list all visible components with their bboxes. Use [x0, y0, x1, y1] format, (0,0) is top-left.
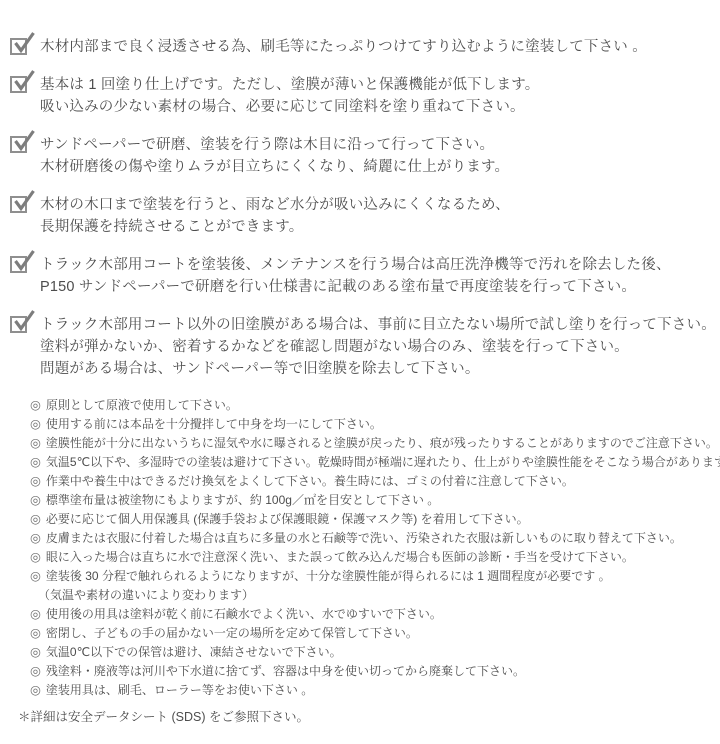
- note-line: ◎使用する前には本品を十分攪拌して中身を均一にして下さい。: [30, 415, 720, 434]
- note-text: 使用する前には本品を十分攪拌して中身を均一にして下さい。: [46, 417, 382, 431]
- double-circle-bullet: ◎: [30, 510, 41, 529]
- notes-section: ◎原則として原液で使用して下さい。◎使用する前には本品を十分攪拌して中身を均一に…: [30, 396, 720, 700]
- checklist-text-line: 木材研磨後の傷や塗りムラが目立ちにくくなり、綺麗に仕上がります。: [40, 156, 509, 178]
- note-line: ◎皮膚または衣服に付着した場合は直ちに多量の水と石鹸等で洗い、汚染された衣服は新…: [30, 529, 720, 548]
- note-text: 皮膚または衣服に付着した場合は直ちに多量の水と石鹸等で洗い、汚染された衣服は新し…: [46, 531, 682, 545]
- note-line: ◎塗装後 30 分程で触れられるようになりますが、十分な塗膜性能が得られるには …: [30, 567, 720, 586]
- double-circle-bullet: ◎: [30, 643, 41, 662]
- note-text: 塗装用具は、刷毛、ローラー等をお使い下さい 。: [46, 683, 313, 697]
- note-line: ◎標準塗布量は被塗物にもよりますが、約 100g／㎡を目安として下さい 。: [30, 491, 720, 510]
- double-circle-bullet: ◎: [30, 491, 41, 510]
- checklist-item: トラック木部用コートを塗装後、メンテナンスを行う場合は高圧洗浄機等で汚れを除去し…: [10, 254, 720, 298]
- note-text: 作業中や養生中はできるだけ換気をよくして下さい。養生時には、ゴミの付着に注意して…: [46, 474, 574, 488]
- note-text: 原則として原液で使用して下さい。: [46, 398, 238, 412]
- checklist-text-line: P150 サンドペーパーで研磨を行い仕様書に記載のある塗布量で再度塗装を行って下…: [40, 276, 671, 298]
- checklist-text-line: トラック木部用コートを塗装後、メンテナンスを行う場合は高圧洗浄機等で汚れを除去し…: [40, 254, 671, 276]
- checklist-item: 基本は 1 回塗り仕上げです。ただし、塗膜が薄いと保護機能が低下します。吸い込み…: [10, 74, 720, 118]
- note-line: ◎気温0℃以下での保管は避け、凍結させないで下さい。: [30, 643, 720, 662]
- note-line: ◎塗膜性能が十分に出ないうちに湿気や水に曝されると塗膜が戻ったり、痕が残ったりす…: [30, 434, 720, 453]
- double-circle-bullet: ◎: [30, 472, 41, 491]
- checklist-text-line: 塗料が弾かないか、密着するかなどを確認し問題がない場合のみ、塗装を行って下さい。: [40, 336, 716, 358]
- checked-checkbox-icon: [10, 196, 27, 213]
- checklist-text-line: サンドペーパーで研磨、塗装を行う際は木目に沿って行って下さい。: [40, 134, 509, 156]
- note-line: ◎必要に応じて個人用保護具 (保護手袋および保護眼鏡・保護マスク等) を着用して…: [30, 510, 720, 529]
- double-circle-bullet: ◎: [30, 396, 41, 415]
- note-line: ◎密閉し、子どもの手の届かない一定の場所を定めて保管して下さい。: [30, 624, 720, 643]
- checklist-text-line: 木材の木口まで塗装を行うと、雨など水分が吸い込みにくくなるため、: [40, 194, 510, 216]
- double-circle-bullet: ◎: [30, 453, 41, 472]
- note-text: （気温や素材の違いにより変わります）: [38, 588, 254, 602]
- note-text: 必要に応じて個人用保護具 (保護手袋および保護眼鏡・保護マスク等) を着用して下…: [46, 512, 529, 526]
- checklist-text-line: トラック木部用コート以外の旧塗膜がある場合は、事前に目立たない場所で試し塗りを行…: [40, 314, 716, 336]
- note-line: ◎残塗料・廃液等は河川や下水道に捨てず、容器は中身を使い切ってから廃棄して下さい…: [30, 662, 720, 681]
- double-circle-bullet: ◎: [30, 567, 41, 586]
- note-text: 眼に入った場合は直ちに水で注意深く洗い、また誤って飲み込んだ場合も医師の診断・手…: [46, 550, 634, 564]
- note-line: ◎使用後の用具は塗料が乾く前に石鹸水でよく洗い、水でゆすいで下さい。: [30, 605, 720, 624]
- note-text: 標準塗布量は被塗物にもよりますが、約 100g／㎡を目安として下さい 。: [46, 493, 439, 507]
- checklist-item-text: 木材内部まで良く浸透させる為、刷毛等にたっぷりつけてすり込むように塗装して下さい…: [40, 36, 647, 58]
- checklist-text-line: 吸い込みの少ない素材の場合、必要に応じて同塗料を塗り重ねて下さい。: [40, 96, 540, 118]
- double-circle-bullet: ◎: [30, 548, 41, 567]
- checklist-item: 木材の木口まで塗装を行うと、雨など水分が吸い込みにくくなるため、長期保護を持続さ…: [10, 194, 720, 238]
- checked-checkbox-icon: [10, 136, 27, 153]
- checklist-item: トラック木部用コート以外の旧塗膜がある場合は、事前に目立たない場所で試し塗りを行…: [10, 314, 720, 380]
- note-line: ◎塗装用具は、刷毛、ローラー等をお使い下さい 。: [30, 681, 720, 700]
- checked-checkbox-icon: [10, 256, 27, 273]
- checklist-text-line: 問題がある場合は、サンドペーパー等で旧塗膜を除去して下さい。: [40, 358, 716, 380]
- double-circle-bullet: ◎: [30, 529, 41, 548]
- checklist-item-text: サンドペーパーで研磨、塗装を行う際は木目に沿って行って下さい。木材研磨後の傷や塗…: [40, 134, 509, 178]
- double-circle-bullet: ◎: [30, 681, 41, 700]
- double-circle-bullet: ◎: [30, 434, 41, 453]
- note-text: 塗装後 30 分程で触れられるようになりますが、十分な塗膜性能が得られるには 1…: [46, 569, 611, 583]
- checked-checkbox-icon: [10, 38, 27, 55]
- sds-footnote: ＊詳細は安全データシート (SDS) をご参照下さい。: [18, 707, 720, 725]
- double-circle-bullet: ◎: [30, 624, 41, 643]
- checklist-item: サンドペーパーで研磨、塗装を行う際は木目に沿って行って下さい。木材研磨後の傷や塗…: [10, 134, 720, 178]
- note-text: 使用後の用具は塗料が乾く前に石鹸水でよく洗い、水でゆすいで下さい。: [46, 607, 442, 621]
- note-line: ◎眼に入った場合は直ちに水で注意深く洗い、また誤って飲み込んだ場合も医師の診断・…: [30, 548, 720, 567]
- note-line: ◎気温5℃以下や、多湿時での塗装は避けて下さい。乾燥時間が極端に遅れたり、仕上が…: [30, 453, 720, 472]
- double-circle-bullet: ◎: [30, 415, 41, 434]
- note-line: ◎作業中や養生中はできるだけ換気をよくして下さい。養生時には、ゴミの付着に注意し…: [30, 472, 720, 491]
- checked-checkbox-icon: [10, 316, 27, 333]
- checklist-item-text: トラック木部用コート以外の旧塗膜がある場合は、事前に目立たない場所で試し塗りを行…: [40, 314, 716, 380]
- double-circle-bullet: ◎: [30, 605, 41, 624]
- note-continuation-line: （気温や素材の違いにより変わります）: [38, 586, 720, 605]
- double-circle-bullet: ◎: [30, 662, 41, 681]
- checklist-item: 木材内部まで良く浸透させる為、刷毛等にたっぷりつけてすり込むように塗装して下さい…: [10, 36, 720, 58]
- note-text: 密閉し、子どもの手の届かない一定の場所を定めて保管して下さい。: [46, 626, 418, 640]
- checklist-text-line: 木材内部まで良く浸透させる為、刷毛等にたっぷりつけてすり込むように塗装して下さい…: [40, 36, 647, 58]
- checklist-item-text: 基本は 1 回塗り仕上げです。ただし、塗膜が薄いと保護機能が低下します。吸い込み…: [40, 74, 540, 118]
- note-text: 気温5℃以下や、多湿時での塗装は避けて下さい。乾燥時間が極端に遅れたり、仕上がり…: [46, 455, 720, 469]
- note-text: 残塗料・廃液等は河川や下水道に捨てず、容器は中身を使い切ってから廃棄して下さい。: [46, 664, 525, 678]
- checklist-item-text: トラック木部用コートを塗装後、メンテナンスを行う場合は高圧洗浄機等で汚れを除去し…: [40, 254, 671, 298]
- checked-checkbox-icon: [10, 76, 27, 93]
- note-text: 気温0℃以下での保管は避け、凍結させないで下さい。: [46, 645, 342, 659]
- note-line: ◎原則として原液で使用して下さい。: [30, 396, 720, 415]
- checklist-section: 木材内部まで良く浸透させる為、刷毛等にたっぷりつけてすり込むように塗装して下さい…: [10, 36, 720, 380]
- note-text: 塗膜性能が十分に出ないうちに湿気や水に曝されると塗膜が戻ったり、痕が残ったりする…: [46, 436, 718, 450]
- instructions-document: 木材内部まで良く浸透させる為、刷毛等にたっぷりつけてすり込むように塗装して下さい…: [0, 0, 720, 725]
- checklist-item-text: 木材の木口まで塗装を行うと、雨など水分が吸い込みにくくなるため、長期保護を持続さ…: [40, 194, 510, 238]
- checklist-text-line: 基本は 1 回塗り仕上げです。ただし、塗膜が薄いと保護機能が低下します。: [40, 74, 540, 96]
- checklist-text-line: 長期保護を持続させることができます。: [40, 216, 510, 238]
